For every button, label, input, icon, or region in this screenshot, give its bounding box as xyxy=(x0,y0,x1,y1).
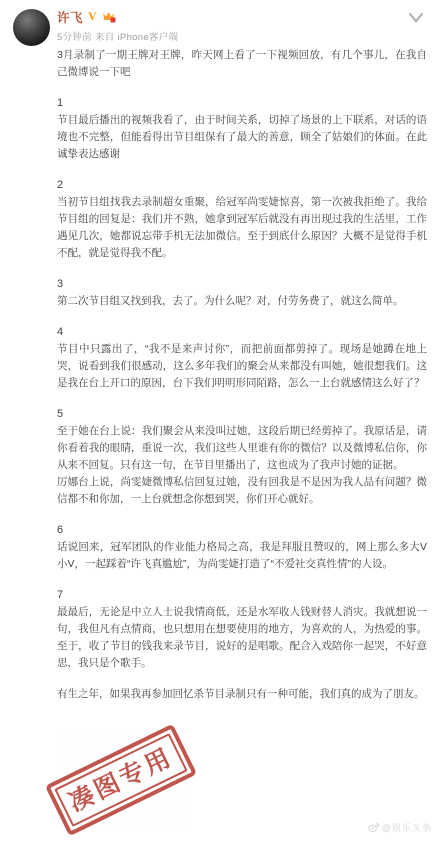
section-number: 6 xyxy=(57,522,427,539)
stamp-text: 凑图专用 xyxy=(65,744,177,816)
post-header: 许飞 V 5分钟前来自 iPhone客户端 xyxy=(0,0,440,47)
section-number: 2 xyxy=(57,177,427,194)
post-closing-text: 有生之年，如果我再参加回忆杀节目录制只有一种可能，我们真的成为了朋友。 xyxy=(57,686,427,703)
section-text: 节目最后播出的视频我看了，由于时间关系，切掉了场景的上下联系，对话的语境也不完整… xyxy=(57,112,427,163)
post-section-5: 5 至于她在台上说：我们聚会从来没叫过她，这段后期已经剪掉了。我原话是，请你看着… xyxy=(57,406,427,508)
post-intro-text: 3月录制了一期王牌对王牌，昨天网上看了一下视频回放，有几个事儿，在我自己微博说一… xyxy=(57,47,427,81)
section-text: 至于她在台上说：我们聚会从来没叫过她，这段后期已经剪掉了。我原话是，请你看着我的… xyxy=(57,423,427,508)
section-number: 7 xyxy=(57,587,427,604)
post-content: 3月录制了一期王牌对王牌，昨天网上看了一下视频回放，有几个事儿，在我自己微博说一… xyxy=(57,47,427,828)
weibo-logo-icon xyxy=(368,822,379,833)
post-meta: 5分钟前来自 iPhone客户端 xyxy=(57,29,181,43)
attached-stamp-image[interactable]: 凑图专用 xyxy=(57,732,189,828)
post-section-1: 1 节目最后播出的视频我看了，由于时间关系，切掉了场景的上下联系，对话的语境也不… xyxy=(57,95,427,163)
weibo-watermark: @娱乐头条 xyxy=(368,821,432,834)
author-name[interactable]: 许飞 xyxy=(57,8,83,26)
section-text: 话说回来，冠军团队的作业能力格局之高，我是拜服且赞叹的，网上那么多大V小V，一起… xyxy=(57,539,427,573)
section-number: 3 xyxy=(57,276,427,293)
section-text: 当初节目组找我去录制超女重聚，给冠军尚雯婕惊喜，第一次被我拒绝了。我给节目组的回… xyxy=(57,194,427,262)
weibo-post-page: 许飞 V 5分钟前来自 iPhone客户端 3月录制了一期王牌对王牌，昨天网上看… xyxy=(0,0,440,841)
verified-v-icon: V xyxy=(88,9,97,24)
post-section-2: 2 当初节目组找我去录制超女重聚，给冠军尚雯婕惊喜，第一次被我拒绝了。我给节目组… xyxy=(57,177,427,262)
post-section-4: 4 节目中只露出了，“我不是来声讨你”，而把前面都剪掉了。现场是她蹲在地上哭，说… xyxy=(57,324,427,392)
post-source: 来自 iPhone客户端 xyxy=(95,32,178,43)
section-number: 5 xyxy=(57,406,427,423)
watermark-text: @娱乐头条 xyxy=(382,821,432,834)
section-text: 第二次节目组又找到我，去了。为什么呢？对，付劳务费了，就这么简单。 xyxy=(57,293,427,310)
chevron-down-icon[interactable] xyxy=(407,11,425,25)
avatar[interactable] xyxy=(13,9,50,46)
section-text: 最最后，无论是中立人士说我情商低，还是水军收人钱财替人消灾。我就想说一句，我但凡… xyxy=(57,604,427,672)
red-stamp: 凑图专用 xyxy=(45,724,197,837)
post-section-6: 6 话说回来，冠军团队的作业能力格局之高，我是拜服且赞叹的，网上那么多大V小V，… xyxy=(57,522,427,573)
section-text: 节目中只露出了，“我不是来声讨你”，而把前面都剪掉了。现场是她蹲在地上哭，说看到… xyxy=(57,341,427,392)
section-number: 4 xyxy=(57,324,427,341)
vip-crown-icon xyxy=(102,10,116,23)
section-number: 1 xyxy=(57,95,427,112)
author-block: 许飞 V 5分钟前来自 iPhone客户端 xyxy=(57,8,181,43)
post-section-3: 3 第二次节目组又找到我，去了。为什么呢？对，付劳务费了，就这么简单。 xyxy=(57,276,427,310)
post-time: 5分钟前 xyxy=(57,32,92,43)
post-section-7: 7 最最后，无论是中立人士说我情商低，还是水军收人钱财替人消灾。我就想说一句，我… xyxy=(57,587,427,672)
